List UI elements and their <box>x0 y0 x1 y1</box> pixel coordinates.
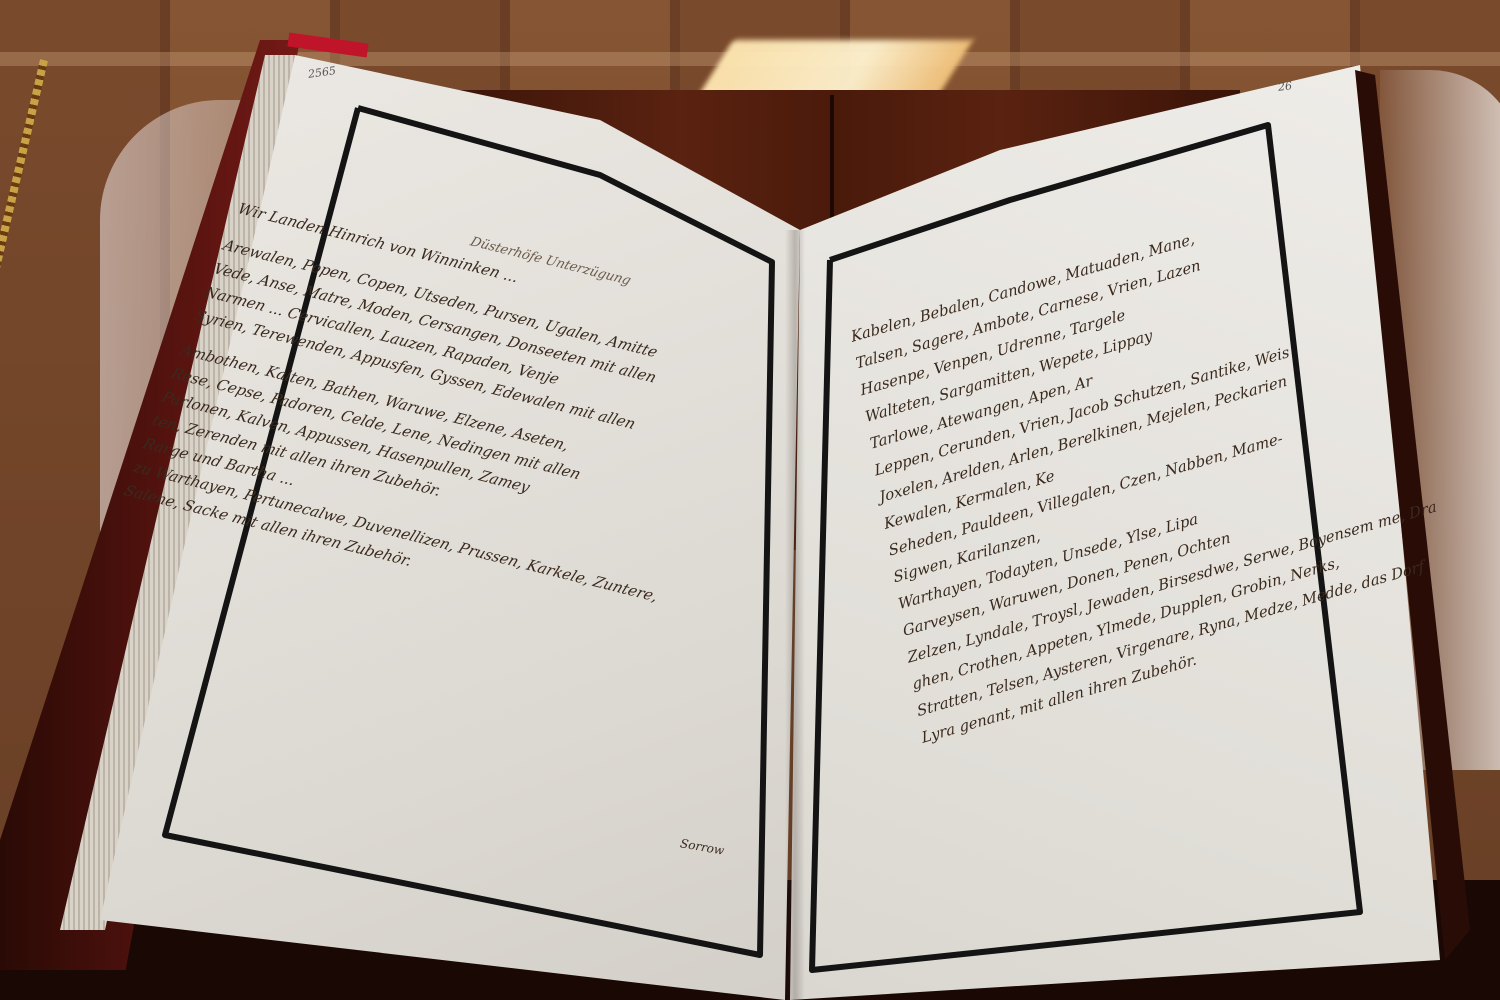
photo-scene: 2565 26 Düsterhöfe Unterzügung Wir Lande… <box>0 0 1500 1000</box>
right-folio-number: 26 <box>1277 79 1292 93</box>
